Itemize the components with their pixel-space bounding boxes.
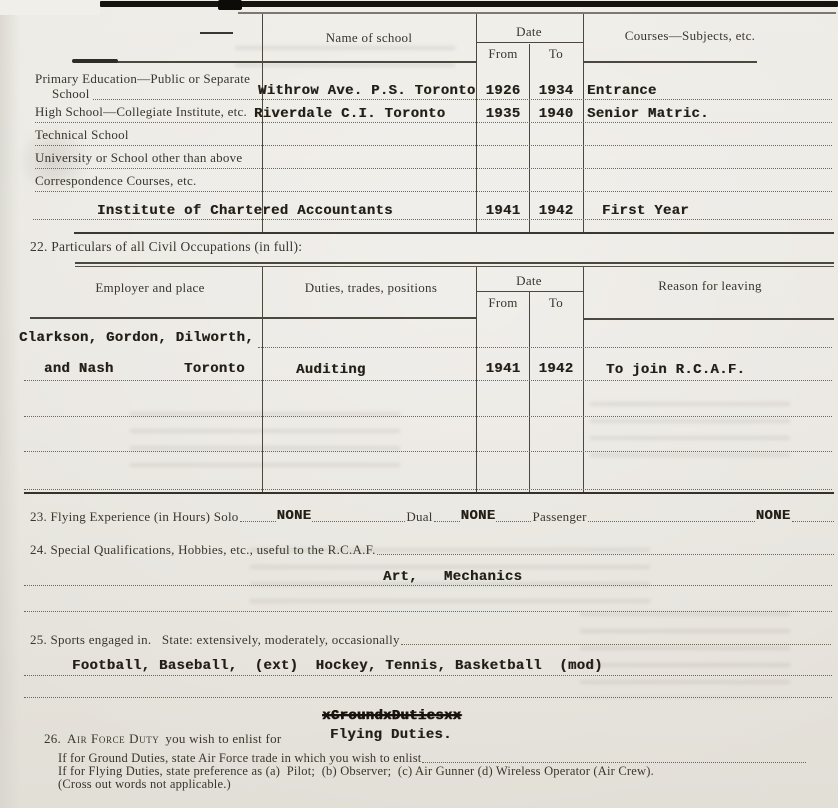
edu-courses-entry: First Year	[602, 203, 689, 219]
edu-from-entry: 1926	[478, 83, 528, 99]
edu-column-divider	[262, 14, 263, 233]
edu-date-underline	[476, 42, 583, 43]
occ-table-bottom-line	[24, 492, 834, 494]
dotted-leader	[496, 518, 531, 522]
dotted-leader	[792, 518, 834, 522]
solo-hours-value: NONE	[277, 508, 312, 524]
occ-header-underline	[30, 317, 476, 319]
occ-employer-entry: Clarkson, Gordon, Dilworth,	[19, 330, 254, 346]
dual-hours-value: NONE	[461, 508, 496, 524]
dotted-rule	[35, 122, 832, 123]
section-23-row: 23. Flying Experience (in Hours) Solo NO…	[30, 506, 835, 524]
edu-header-underline	[74, 61, 476, 63]
dotted-leader	[434, 518, 460, 522]
edu-to-entry: 1934	[531, 83, 581, 99]
sports-value: Football, Baseball, (ext) Hockey, Tennis…	[72, 658, 603, 674]
occ-table-top-line	[75, 266, 834, 267]
edu-school-entry: Withrow Ave. P.S. Toronto	[258, 83, 476, 99]
occ-employer-place-entry: Toronto	[184, 361, 245, 377]
edu-header-underline	[584, 61, 757, 63]
dotted-rule	[24, 675, 832, 676]
edu-row-label: University or School other than above	[35, 150, 242, 165]
occ-from-entry: 1941	[478, 361, 528, 377]
edu-row-label: School	[52, 86, 90, 101]
occ-date-underline	[476, 291, 583, 292]
header-dash	[200, 32, 233, 34]
dotted-rule	[24, 611, 832, 612]
duty-value: Flying Duties.	[330, 727, 452, 743]
dotted-rule	[258, 347, 832, 348]
occ-header-reason: Reason for leaving	[600, 278, 820, 293]
edu-row-label: Technical School	[35, 127, 129, 142]
scan-corner-light	[0, 0, 100, 15]
dotted-leader	[588, 518, 755, 522]
occ-from-to-divider	[529, 292, 530, 493]
dotted-leader	[312, 518, 405, 522]
dotted-rule	[24, 416, 832, 417]
enlistment-form-scan: Name of school Date From To Courses—Subj…	[0, 0, 838, 808]
section-24-row: 24. Special Qualifications, Hobbies, etc…	[30, 539, 835, 557]
edu-header-courses: Courses—Subjects, etc.	[600, 28, 780, 43]
dotted-rule	[33, 219, 832, 220]
qualifications-label: 24. Special Qualifications, Hobbies, etc…	[30, 542, 376, 557]
bleed-through-smudge	[590, 402, 790, 466]
section-25-row: 25. Sports engaged in. State: extensivel…	[30, 629, 832, 647]
air-force-duty-caps: Air Force Duty	[67, 731, 159, 746]
edu-to-entry: 1942	[531, 203, 581, 219]
scan-edge-bar	[100, 1, 838, 7]
dotted-rule	[35, 168, 832, 169]
edu-row-label: Correspondence Courses, etc.	[35, 173, 197, 188]
occ-header-employer: Employer and place	[40, 280, 260, 295]
bleed-through-smudge	[580, 612, 790, 698]
section-26-number: 26.	[44, 731, 61, 746]
occ-header-duties: Duties, trades, positions	[268, 280, 474, 295]
dotted-rule	[35, 191, 832, 192]
edu-from-entry: 1935	[478, 106, 528, 122]
dotted-rule	[24, 585, 832, 586]
occ-header-from: From	[478, 295, 528, 310]
edu-header-name-of-school: Name of school	[299, 30, 439, 45]
edu-row-label: High School—Collegiate Institute, etc.	[35, 104, 247, 119]
passenger-hours-value: NONE	[756, 508, 791, 524]
occ-duties-entry: Auditing	[296, 362, 366, 378]
dotted-leader	[401, 641, 831, 645]
note-ground-duties: If for Ground Duties, state Air Force tr…	[58, 751, 421, 765]
edu-header-to: To	[531, 46, 581, 61]
occ-to-entry: 1942	[531, 361, 581, 377]
occ-header-date: Date	[494, 273, 564, 288]
occ-table-top-line	[75, 262, 834, 264]
dual-label: Dual	[406, 509, 432, 524]
bleed-through-smudge	[235, 46, 455, 74]
section-22-heading: 22. Particulars of all Civil Occupations…	[30, 239, 302, 254]
scan-edge-blob	[218, 0, 242, 10]
edu-from-entry: 1941	[478, 203, 528, 219]
dotted-rule	[93, 99, 832, 100]
edu-to-entry: 1940	[531, 106, 581, 122]
passenger-label: Passenger	[532, 509, 586, 524]
edu-row-label: Primary Education—Public or Separate	[35, 71, 250, 86]
edu-column-divider	[583, 14, 584, 233]
edu-header-from: From	[478, 46, 528, 61]
occ-header-to: To	[531, 295, 581, 310]
flying-experience-label: 23. Flying Experience (in Hours) Solo	[30, 509, 239, 524]
dotted-rule	[35, 145, 832, 146]
dotted-rule	[24, 451, 832, 452]
crossed-out-ground-duties: xGroundxDutiesxx	[322, 708, 461, 724]
dotted-leader	[240, 518, 276, 522]
occ-employer-entry: and Nash	[44, 361, 114, 377]
edu-table-bottom-line	[74, 232, 834, 234]
dotted-leader	[377, 551, 834, 555]
dotted-leader	[422, 759, 806, 763]
dotted-rule	[24, 697, 832, 698]
dotted-rule	[24, 489, 832, 490]
edu-school-entry: Institute of Chartered Accountants	[97, 203, 393, 219]
section-26-label-rest: you wish to enlist for	[165, 731, 281, 746]
dotted-rule	[24, 380, 832, 381]
edu-school-entry: Riverdale C.I. Toronto	[254, 106, 445, 122]
scan-edge-line	[238, 12, 836, 14]
edu-courses-entry: Senior Matric.	[587, 106, 709, 122]
occ-reason-entry: To join R.C.A.F.	[606, 362, 745, 378]
edu-courses-entry: Entrance	[587, 83, 657, 99]
edu-header-date: Date	[494, 24, 564, 39]
note-cross-out: (Cross out words not applicable.)	[58, 777, 231, 791]
qualifications-value: Art, Mechanics	[383, 569, 522, 585]
note-ground-row: If for Ground Duties, state Air Force tr…	[58, 750, 807, 765]
bleed-through-smudge	[130, 412, 400, 467]
sports-label: 25. Sports engaged in. State: extensivel…	[30, 632, 400, 647]
ink-blob	[72, 59, 118, 63]
occ-header-underline	[584, 318, 834, 320]
note-flying-duties: If for Flying Duties, state preference a…	[58, 764, 654, 778]
